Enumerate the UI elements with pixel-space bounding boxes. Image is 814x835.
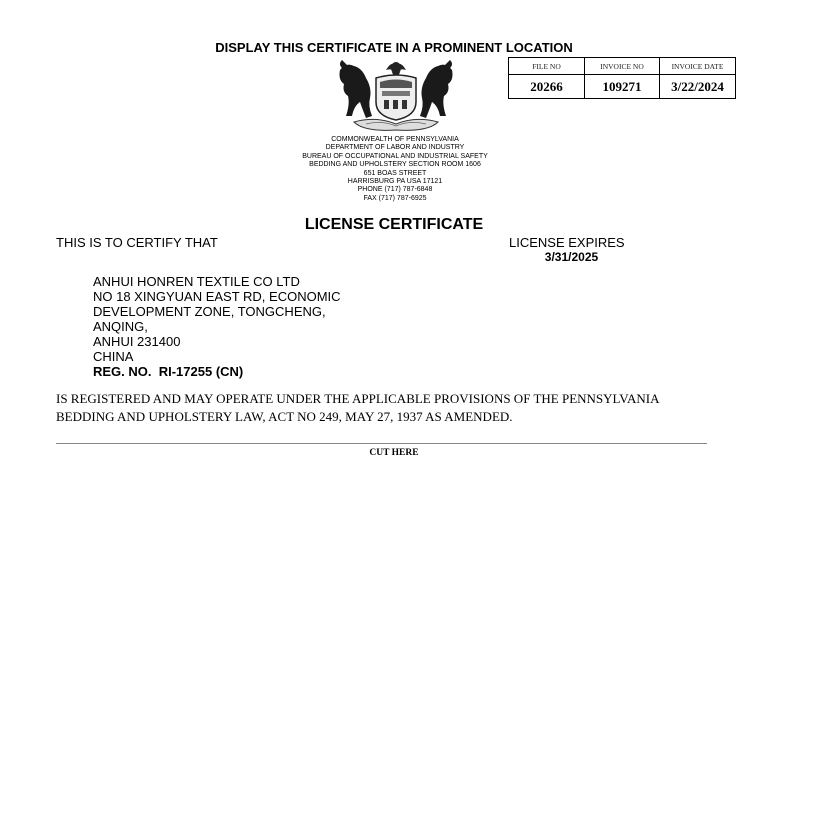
agency-line: BEDDING AND UPHOLSTERY SECTION ROOM 1606 <box>260 161 530 169</box>
agency-address-block: COMMONWEALTH OF PENNSYLVANIA DEPARTMENT … <box>260 136 530 203</box>
license-expires-label: LICENSE EXPIRES <box>509 235 625 250</box>
address-line: NO 18 XINGYUAN EAST RD, ECONOMIC <box>93 289 341 304</box>
agency-line: 651 BOAS STREET <box>260 170 530 178</box>
cut-line-divider <box>56 443 707 444</box>
license-expires-date: 3/31/2025 <box>509 250 634 264</box>
pennsylvania-coat-of-arms-icon <box>332 58 460 134</box>
agency-line: FAX (717) 787-6925 <box>260 195 530 203</box>
display-notice: DISPLAY THIS CERTIFICATE IN A PROMINENT … <box>0 40 788 55</box>
address-line: DEVELOPMENT ZONE, TONGCHENG, <box>93 304 341 319</box>
address-line: ANQING, <box>93 319 341 334</box>
invoice-date-header: INVOICE DATE <box>660 58 736 75</box>
file-no-header: FILE NO <box>509 58 585 75</box>
licensee-address: ANHUI HONREN TEXTILE CO LTD NO 18 XINGYU… <box>93 274 341 379</box>
info-table-value-row: 20266 109271 3/22/2024 <box>509 75 736 99</box>
statement-line: IS REGISTERED AND MAY OPERATE UNDER THE … <box>56 390 736 408</box>
address-line: ANHUI 231400 <box>93 334 341 349</box>
address-country: CHINA <box>93 349 341 364</box>
agency-line: PHONE (717) 787-6848 <box>260 186 530 194</box>
agency-line: DEPARTMENT OF LABOR AND INDUSTRY <box>260 144 530 152</box>
agency-line: HARRISBURG PA USA 17121 <box>260 178 530 186</box>
cut-here-label: CUT HERE <box>56 448 732 458</box>
invoice-date-value: 3/22/2024 <box>660 75 736 99</box>
registration-number: REG. NO. RI-17255 (CN) <box>93 364 341 379</box>
agency-line: BUREAU OF OCCUPATIONAL AND INDUSTRIAL SA… <box>260 153 530 161</box>
file-no-value: 20266 <box>509 75 585 99</box>
invoice-no-header: INVOICE NO <box>585 58 660 75</box>
invoice-info-table: FILE NO INVOICE NO INVOICE DATE 20266 10… <box>508 57 736 99</box>
agency-line: COMMONWEALTH OF PENNSYLVANIA <box>260 136 530 144</box>
licensee-name: ANHUI HONREN TEXTILE CO LTD <box>93 274 341 289</box>
certify-text: THIS IS TO CERTIFY THAT <box>56 235 218 250</box>
info-table-header-row: FILE NO INVOICE NO INVOICE DATE <box>509 58 736 75</box>
statement-line: BEDDING AND UPHOLSTERY LAW, ACT NO 249, … <box>56 408 736 426</box>
invoice-no-value: 109271 <box>585 75 660 99</box>
certificate-title: LICENSE CERTIFICATE <box>0 216 788 234</box>
registration-statement: IS REGISTERED AND MAY OPERATE UNDER THE … <box>56 390 736 426</box>
